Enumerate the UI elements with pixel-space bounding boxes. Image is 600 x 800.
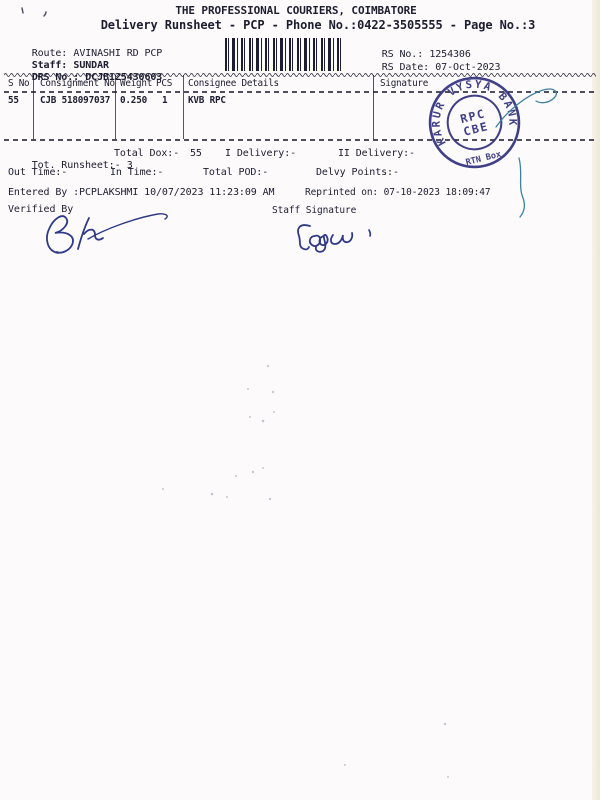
verified-by-signature: [47, 214, 167, 253]
table-vline: [115, 75, 116, 139]
out-time-label: Out Time:-: [8, 167, 67, 179]
col-header-pcs: PCS: [156, 79, 172, 90]
staff-signature-label: Staff Signature: [272, 206, 356, 217]
total-pod-label: Total POD:-: [203, 167, 268, 179]
staff-signature: [298, 225, 370, 252]
row-consignment-no: CJB 518097037: [40, 96, 110, 107]
entered-by-line: Entered By :PCPLAKSHMI 10/07/2023 11:23:…: [8, 187, 274, 199]
table-vline: [373, 75, 374, 139]
delivery-runsheet-scan: THE PROFESSIONAL COURIERS, COIMBATORE De…: [0, 0, 600, 800]
paper-edge: [592, 0, 600, 800]
delvy-points-label: Delvy Points:-: [316, 167, 399, 179]
total-dox-value: 55: [190, 148, 202, 160]
runsheet-title: Delivery Runsheet - PCP - Phone No.:0422…: [22, 19, 600, 33]
i-delivery-label: I Delivery:-: [225, 148, 296, 160]
table-vline: [33, 75, 34, 139]
row-weight: 0.250: [120, 96, 147, 107]
verified-by-label: Verified By: [8, 204, 73, 216]
runsheet-barcode: [225, 38, 345, 71]
table-vline: [183, 75, 184, 139]
row-pcs: 1: [162, 96, 167, 107]
row-consignee-details: KVB RPC: [188, 96, 226, 107]
company-title: THE PROFESSIONAL COURIERS, COIMBATORE: [0, 5, 592, 18]
reprinted-on-line: Reprinted on: 07-10-2023 18:09:47: [305, 188, 490, 199]
ii-delivery-label: II Delivery:-: [338, 148, 415, 160]
col-header-consignment-no: Consignment No: [40, 79, 115, 90]
col-header-s-no: S No: [8, 79, 29, 90]
row-s-no: 55: [8, 96, 19, 107]
col-header-consignee-details: Consignee Details: [188, 79, 279, 90]
total-dox-label: Total Dox:-: [114, 148, 179, 160]
in-time-label: In Time:-: [110, 167, 163, 179]
col-header-weight: Weight: [120, 79, 152, 90]
scan-specks: [162, 365, 449, 778]
